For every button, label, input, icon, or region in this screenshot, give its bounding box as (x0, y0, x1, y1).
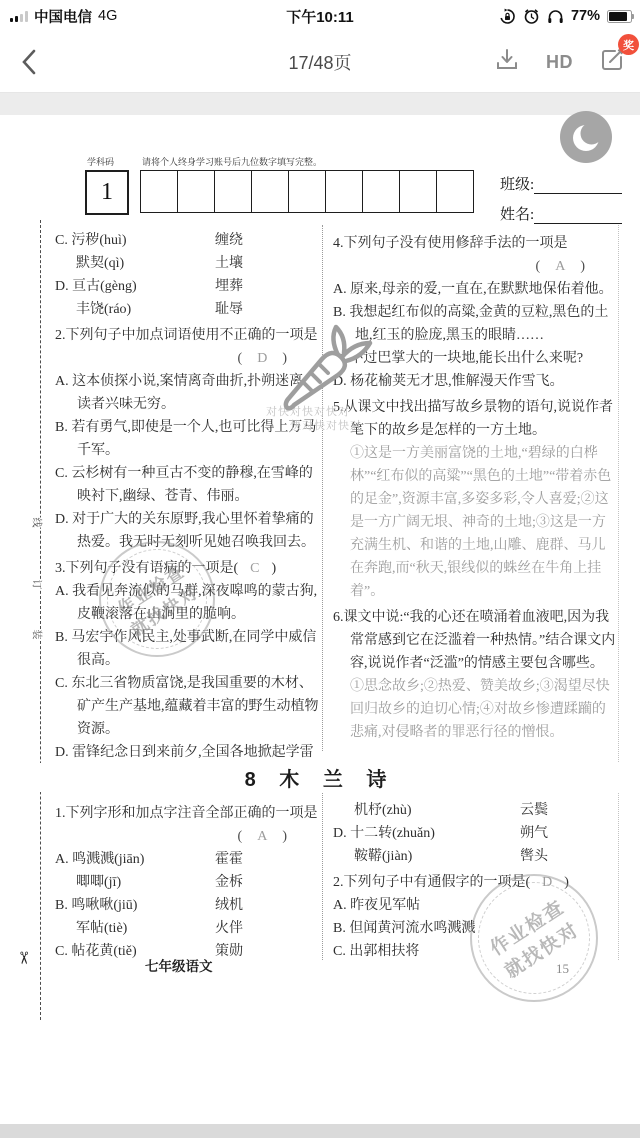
scissors-icon: ✂ (13, 951, 33, 965)
share-button[interactable]: 奖 (599, 46, 626, 78)
download-button[interactable] (494, 47, 520, 78)
page-bottom-gap (0, 1124, 640, 1138)
right-column: 4.下列句子没有使用修辞手法的一项是 (A) A. 原来,母亲的爱,一直在,在默… (333, 229, 619, 744)
carrot-doodle-icon (280, 321, 384, 421)
option: D. 对于广大的关东原野,我心里怀着挚痛的热爱。我无时无刻听见她召唤我回去。 (55, 508, 321, 554)
word-pair-row: C. 污秽(huì)缠绕 (55, 229, 321, 252)
account-number-grid (140, 170, 474, 213)
subject-code-box: 1 (85, 170, 129, 215)
word-pair-row: 默契(qì)土壤 (55, 252, 321, 275)
section8-left-column: 1.下列字形和加点字注音全部正确的一项是 (A) A. 鸣溅溅(jiān)霍霍 … (55, 799, 321, 963)
class-label: 班级: (500, 177, 534, 193)
option: B. 若有勇气,即使是一个人,也可比得上万马千军。 (55, 416, 321, 462)
left-column: C. 污秽(huì)缠绕 默契(qì)土壤 D. 亘古(gèng)埋葬 丰饶(r… (55, 229, 321, 787)
question-stem: 1.下列字形和加点字注音全部正确的一项是 (55, 802, 321, 825)
battery-icon (607, 10, 632, 23)
word-pair-row: D. 亘古(gèng)埋葬 (55, 275, 321, 298)
clock-label: 下午10:11 (0, 6, 640, 27)
hd-quality-button[interactable]: HD (546, 52, 573, 73)
question-stem: 4.下列句子没有使用修辞手法的一项是 (333, 232, 619, 255)
name-blank-line (534, 209, 622, 224)
watermark-stamp: 作业检查就找快对 (470, 874, 598, 1002)
status-bar: 中国电信 4G 下午10:11 77% (0, 0, 640, 32)
binding-char: 线 (29, 518, 48, 528)
answer-line: (A) (55, 825, 321, 848)
option: A. 原来,母亲的爱,一直在,在默默地保佑着他。 (333, 278, 619, 301)
word-pair-row: 机杼(zhù)云鬓 (333, 799, 619, 822)
nav-bar: 17/48页 HD 奖 (0, 32, 640, 93)
word-pair-row: 鞍鞯(jiàn)辔头 (333, 845, 619, 868)
answer-letter: D (257, 351, 267, 366)
word-pair-row: 唧唧(jī)金柝 (55, 871, 321, 894)
grade-label: 七年级语文 (145, 955, 213, 975)
name-label: 姓名: (500, 207, 534, 223)
word-pair-row: 军帖(tiè)火伴 (55, 917, 321, 940)
binding-char: 装 (29, 630, 48, 640)
answer-letter: A (555, 259, 565, 274)
word-pair-row: 丰饶(ráo)耻辱 (55, 298, 321, 321)
binding-char: 订 (29, 580, 48, 590)
reward-badge: 奖 (618, 34, 639, 55)
column-divider (322, 783, 323, 960)
column-divider (322, 225, 323, 751)
name-field: 姓名: (500, 203, 622, 224)
app-screen: 中国电信 4G 下午10:11 77% (0, 0, 640, 1138)
moon-icon (560, 111, 612, 163)
answer-line: (A) (333, 255, 619, 278)
binding-line (40, 220, 41, 1020)
answer-letter: A (257, 829, 267, 844)
night-mode-button[interactable] (560, 111, 612, 163)
word-pair-row: A. 鸣溅溅(jiān)霍霍 (55, 848, 321, 871)
answer-letter: C (250, 561, 259, 576)
subject-code-label: 学科码 (87, 155, 114, 168)
class-field: 班级: (500, 173, 622, 194)
answer-note: ①思念故乡;②热爱、赞美故乡;③渴望尽快回归故乡的迫切心情;④对故乡惨遭蹂躏的悲… (333, 675, 619, 744)
class-blank-line (534, 179, 622, 194)
question-stem: 6.课文中说:“我的心还在喷涌着血液吧,因为我常常感到它在泛滥着一种热情。”结合… (333, 606, 619, 675)
option: C. 东北三省物质富饶,是我国重要的木材、矿产生产基地,蕴藏着丰富的野生动植物资… (55, 672, 321, 741)
answer-note: ①这是一方美丽富饶的土地,“碧绿的白桦林”“红布似的高粱”“黑色的土地”“带着赤… (333, 442, 619, 603)
word-pair-row: D. 十二转(zhuǎn)朔气 (333, 822, 619, 845)
form-instruction: 请将个人终身学习账号后九位数字填写完整。 (142, 155, 322, 168)
section-title: 8 木 兰 诗 (0, 763, 640, 792)
download-icon (494, 47, 520, 73)
document-page[interactable]: 学科码 请将个人终身学习账号后九位数字填写完整。 1 班级: 姓名: 线 订 装… (0, 115, 640, 1124)
watermark-stamp: 作业检查就找快对 (99, 541, 215, 657)
option: C. 云杉树有一种亘古不变的静穆,在雪峰的映衬下,幽绿、苍青、伟丽。 (55, 462, 321, 508)
word-pair-row: B. 鸣啾啾(jiū)绒机 (55, 894, 321, 917)
